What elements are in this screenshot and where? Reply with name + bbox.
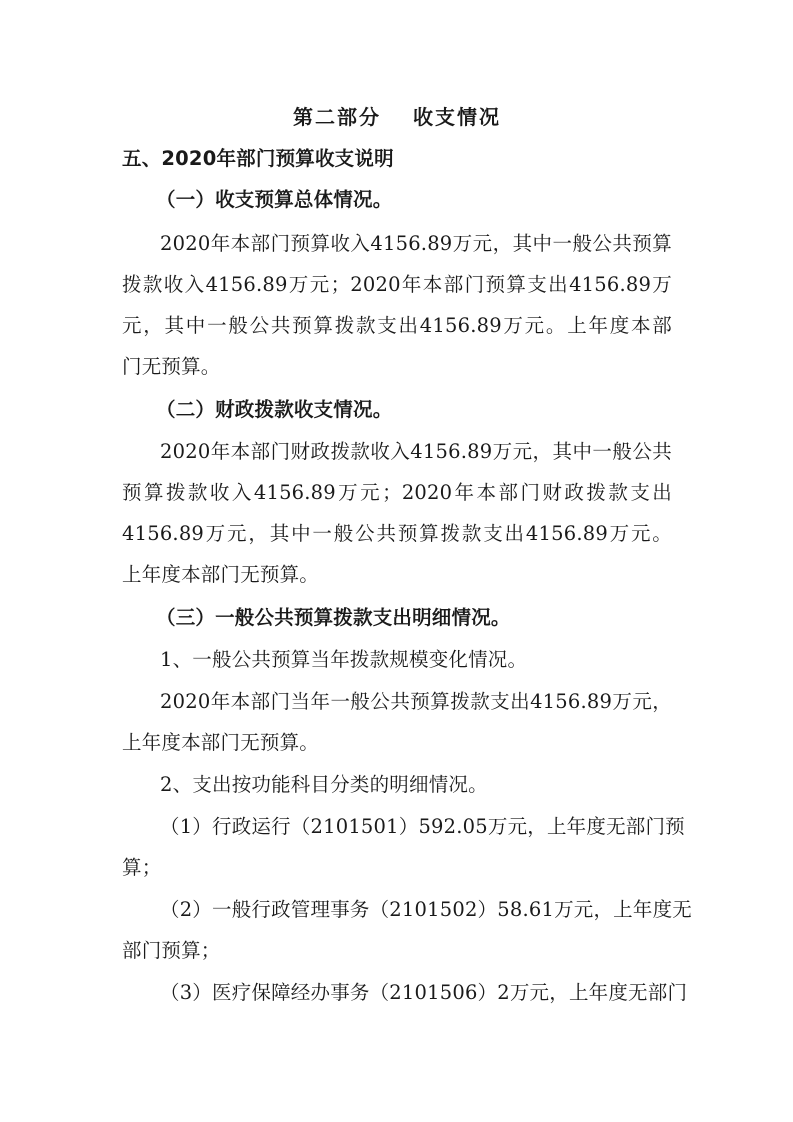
paragraph-line: 算； [122,855,672,881]
paragraph-line: 元，其中一般公共预算拨款支出4156.89万元。上年度本部 [122,313,672,339]
paragraph-line: 2020年本部门当年一般公共预算拨款支出4156.89万元， [122,689,672,715]
paragraph-line: 4156.89万元，其中一般公共预算拨款支出4156.89万元。 [122,521,672,547]
list-item: 2、支出按功能科目分类的明细情况。 [122,772,710,798]
subsection-heading-2: （二）财政拨款收支情况。 [122,397,706,423]
paragraph-line: 2020年本部门预算收入4156.89万元，其中一般公共预算 [122,231,672,257]
title-part: 第二部分 [293,105,381,129]
list-item: （2）一般行政管理事务（2101502）58.61万元，上年度无 [122,897,672,923]
paragraph-line: 上年度本部门无预算。 [122,562,672,588]
paragraph-line: 2020年本部门财政拨款收入4156.89万元，其中一般公共 [122,439,672,465]
section-heading: 五、2020年部门预算收支说明 [122,146,672,172]
paragraph-line: 上年度本部门无预算。 [122,730,672,756]
list-item: 1、一般公共预算当年拨款规模变化情况。 [122,647,710,673]
page-title: 第二部分收支情况 [122,104,672,130]
title-name: 收支情况 [413,105,501,129]
list-item: （1）行政运行（2101501）592.05万元，上年度无部门预 [122,814,672,840]
subsection-heading-1: （一）收支预算总体情况。 [122,187,706,213]
paragraph-line: 预算拨款收入4156.89万元；2020年本部门财政拨款支出 [122,480,672,506]
list-item: （3）医疗保障经办事务（2101506）2万元，上年度无部门 [122,980,672,1006]
paragraph-line: 部门预算； [122,938,672,964]
paragraph-line: 拨款收入4156.89万元；2020年本部门预算支出4156.89万 [122,272,672,298]
subsection-heading-3: （三）一般公共预算拨款支出明细情况。 [122,605,706,631]
paragraph-line: 门无预算。 [122,354,672,380]
